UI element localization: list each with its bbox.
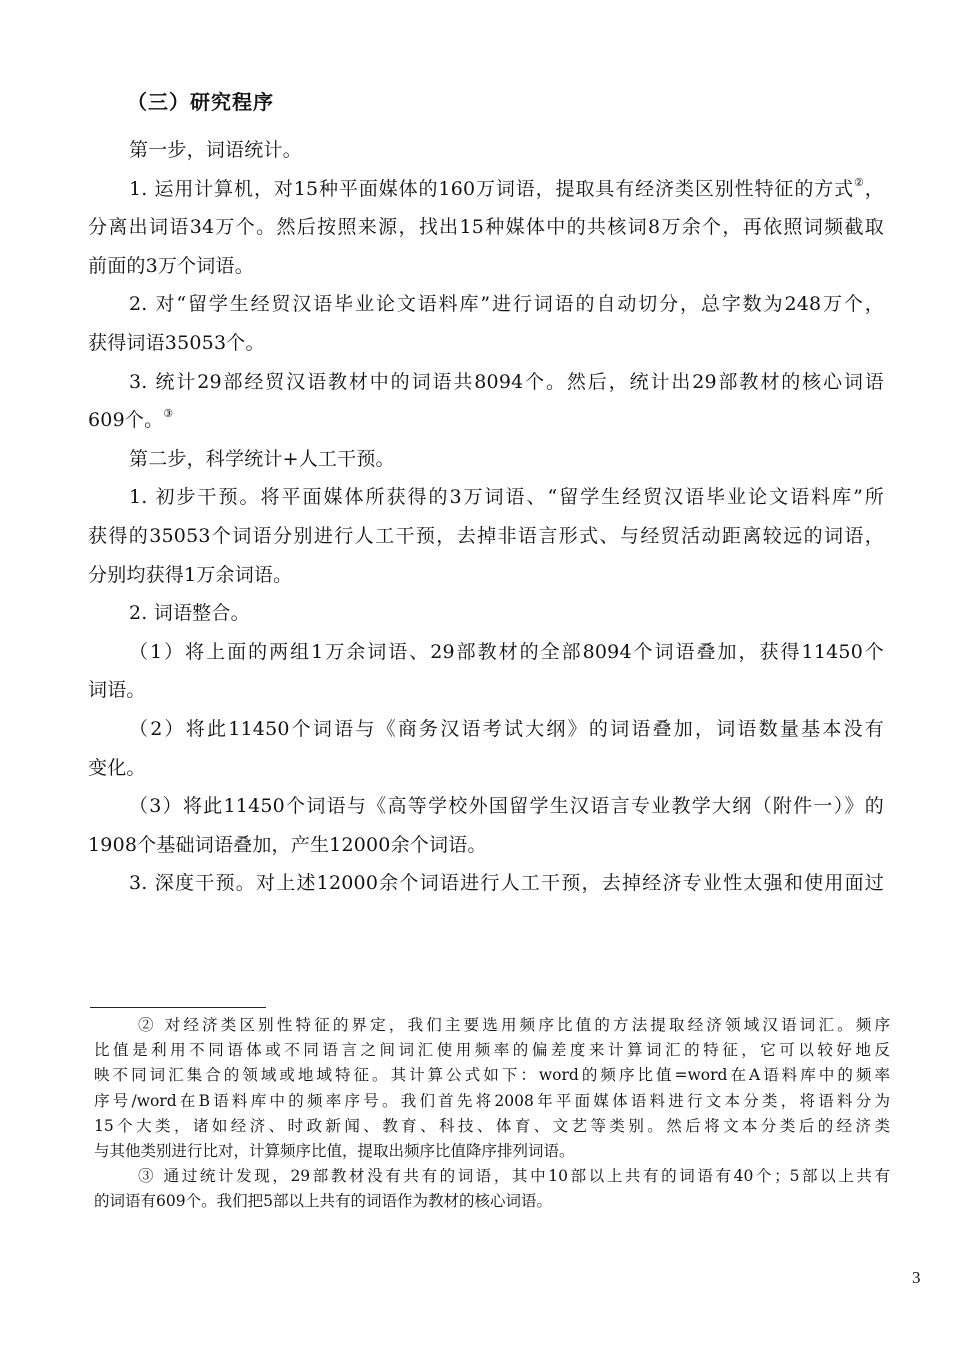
line-text: 1908个基础词语叠加，产生12000余个词语。 [88, 834, 487, 856]
paragraph-line: 1. 初步干预。将平面媒体所获得的3万词语、“留学生经贸汉语毕业论文语料库”所 [88, 483, 884, 522]
paragraph-line: 获得的35053个词语分别进行人工干预，去掉非语言形式、与经贸活动距离较远的词语… [88, 522, 884, 561]
footnote-line: 比值是利用不同语体或不同语言之间词汇使用频率的偏差度来计算词汇的特征，它可以较好… [94, 1039, 890, 1064]
line-text: 15个大类，诸如经济、时政新闻、教育、科技、体育、文艺等类别。然后将文本分类后的… [94, 1117, 890, 1135]
paragraph-line: 1908个基础词语叠加，产生12000余个词语。 [88, 831, 888, 870]
footnote-line: 映不同词汇集合的领域或地域特征。其计算公式如下：word的频序比值=word在A… [94, 1064, 890, 1089]
line-text: 前面的3万个词语。 [88, 255, 254, 277]
document-page: （三）研究程序 第一步，词语统计。1. 运用计算机，对15种平面媒体的160万词… [0, 0, 960, 1372]
line-text: 变化。 [88, 757, 146, 779]
page-number: 3 [912, 1268, 921, 1288]
paragraph-line: 第一步，词语统计。 [88, 136, 888, 175]
line-text: 2. 词语整合。 [129, 602, 250, 624]
line-text: 第一步，词语统计。 [129, 139, 302, 161]
line-text: 获得的35053个词语分别进行人工干预，去掉非语言形式、与经贸活动距离较远的词语… [88, 525, 884, 547]
line-text: 序号/word在B语料库中的频率序号。我们首先将2008年平面媒体语料进行文本分… [94, 1092, 890, 1110]
paragraph-line: 前面的3万个词语。 [88, 252, 888, 291]
line-text: ③ 通过统计发现，29部教材没有共有的词语，其中10部以上共有的词语有40个；5… [138, 1167, 890, 1185]
line-text: 第二步，科学统计+人工干预。 [129, 448, 395, 470]
paragraph-line: （2）将此11450个词语与《商务汉语考试大纲》的词语叠加，词语数量基本没有 [88, 715, 884, 754]
line-text: 分别均获得1万余词语。 [88, 564, 292, 586]
paragraph-line: （3）将此11450个词语与《高等学校外国留学生汉语言专业教学大纲（附件一）》的 [88, 792, 884, 831]
paragraph-line: 3. 统计29部经贸汉语教材中的词语共8094个。然后，统计出29部教材的核心词… [88, 368, 884, 407]
body-text: 第一步，词语统计。1. 运用计算机，对15种平面媒体的160万词语，提取具有经济… [88, 136, 888, 908]
paragraph-line: 2. 词语整合。 [88, 599, 888, 638]
paragraph-line: 变化。 [88, 754, 888, 793]
paragraph-line: 2. 对“留学生经贸汉语毕业论文语料库”进行词语的自动切分，总字数为248万个， [88, 290, 884, 329]
line-text: 的词语有609个。我们把5部以上共有的词语作为教材的核心词语。 [94, 1192, 552, 1210]
paragraph-line: 609个。③ [88, 406, 888, 445]
footnote-line: 15个大类，诸如经济、时政新闻、教育、科技、体育、文艺等类别。然后将文本分类后的… [94, 1115, 890, 1140]
line-text: 获得词语35053个。 [88, 332, 265, 354]
footnote-line: ③ 通过统计发现，29部教材没有共有的词语，其中10部以上共有的词语有40个；5… [94, 1165, 890, 1190]
paragraph-line: 1. 运用计算机，对15种平面媒体的160万词语，提取具有经济类区别性特征的方式… [88, 175, 884, 214]
line-text: 3. 统计29部经贸汉语教材中的词语共8094个。然后，统计出29部教材的核心词… [129, 371, 884, 393]
line-text: （3）将此11450个词语与《高等学校外国留学生汉语言专业教学大纲（附件一）》的 [129, 795, 884, 817]
paragraph-line: 分离出词语34万个。然后按照来源，找出15种媒体中的共核词8万余个，再依照词频截… [88, 213, 884, 252]
section-heading: （三）研究程序 [127, 86, 274, 115]
line-text: 分离出词语34万个。然后按照来源，找出15种媒体中的共核词8万余个，再依照词频截… [88, 216, 884, 238]
footnote-line: 与其他类别进行比对，计算频序比值，提取出频序比值降序排列词语。 [94, 1140, 894, 1165]
footnotes: ② 对经济类区别性特征的界定，我们主要选用频序比值的方法提取经济领域汉语词汇。频… [94, 1014, 894, 1216]
paragraph-line: 词语。 [88, 676, 888, 715]
footnote-reference[interactable]: ③ [163, 407, 173, 420]
paragraph-line: 第二步，科学统计+人工干预。 [88, 445, 888, 484]
footnote-line: 的词语有609个。我们把5部以上共有的词语作为教材的核心词语。 [94, 1190, 894, 1215]
line-text: 609个。 [88, 409, 163, 431]
line-text: （1）将上面的两组1万余词语、29部教材的全部8094个词语叠加，获得11450… [129, 641, 884, 663]
line-text: （2）将此11450个词语与《商务汉语考试大纲》的词语叠加，词语数量基本没有 [129, 718, 884, 740]
line-text-tail: ， [865, 178, 884, 200]
line-text: 映不同词汇集合的领域或地域特征。其计算公式如下：word的频序比值=word在A… [94, 1066, 890, 1084]
line-text: 2. 对“留学生经贸汉语毕业论文语料库”进行词语的自动切分，总字数为248万个， [129, 293, 884, 315]
paragraph-line: （1）将上面的两组1万余词语、29部教材的全部8094个词语叠加，获得11450… [88, 638, 884, 677]
line-text: 词语。 [88, 679, 146, 701]
line-text: 比值是利用不同语体或不同语言之间词汇使用频率的偏差度来计算词汇的特征，它可以较好… [94, 1041, 890, 1059]
paragraph-line: 获得词语35053个。 [88, 329, 888, 368]
line-text: 与其他类别进行比对，计算频序比值，提取出频序比值降序排列词语。 [94, 1142, 575, 1160]
footnote-separator [90, 1007, 266, 1008]
line-text: 1. 运用计算机，对15种平面媒体的160万词语，提取具有经济类区别性特征的方式 [129, 178, 854, 200]
paragraph-line: 3. 深度干预。对上述12000余个词语进行人工干预，去掉经济专业性太强和使用面… [88, 869, 884, 908]
footnote-line: 序号/word在B语料库中的频率序号。我们首先将2008年平面媒体语料进行文本分… [94, 1090, 890, 1115]
line-text: ② 对经济类区别性特征的界定，我们主要选用频序比值的方法提取经济领域汉语词汇。频… [138, 1016, 890, 1034]
line-text: 1. 初步干预。将平面媒体所获得的3万词语、“留学生经贸汉语毕业论文语料库”所 [129, 486, 884, 508]
footnote-line: ② 对经济类区别性特征的界定，我们主要选用频序比值的方法提取经济领域汉语词汇。频… [94, 1014, 890, 1039]
footnote-reference[interactable]: ② [854, 176, 865, 189]
line-text: 3. 深度干预。对上述12000余个词语进行人工干预，去掉经济专业性太强和使用面… [129, 872, 884, 894]
paragraph-line: 分别均获得1万余词语。 [88, 561, 888, 600]
